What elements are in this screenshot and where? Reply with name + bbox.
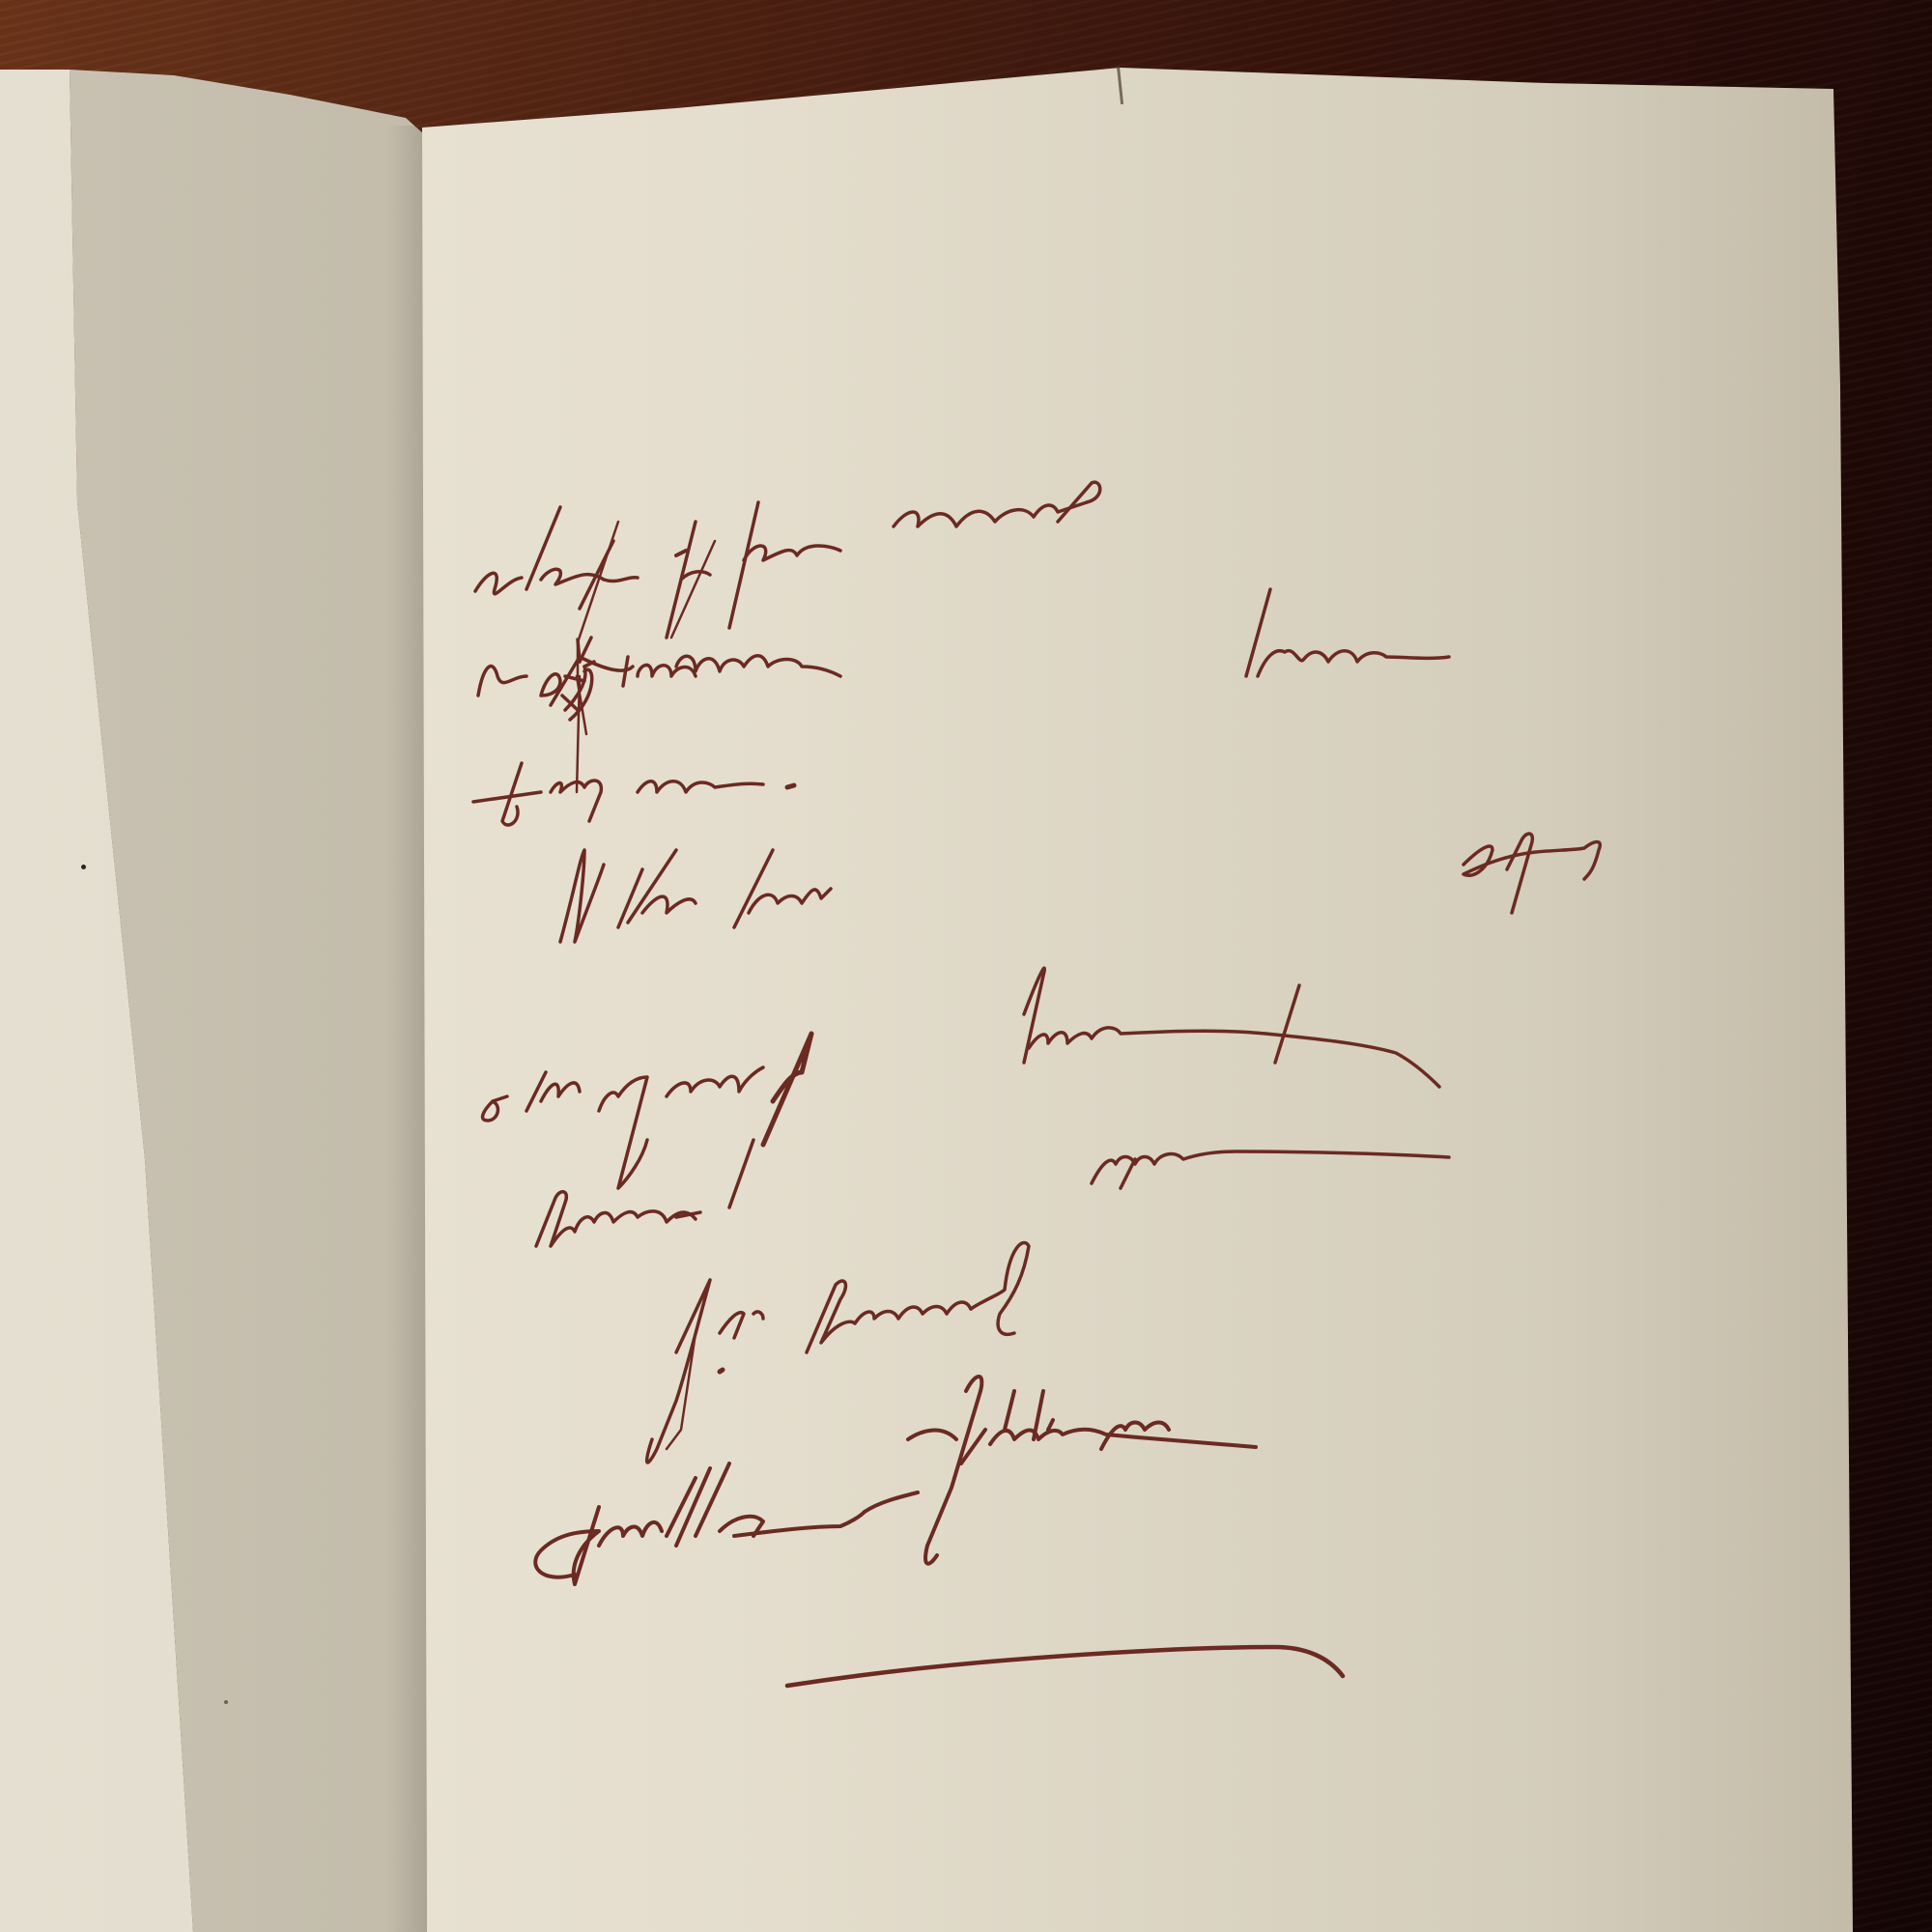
- ink-line-4: [560, 834, 1600, 942]
- ink-line-1: [475, 482, 1100, 638]
- handwriting-strokes: [0, 0, 1932, 1932]
- ink-line-7: [647, 1242, 1029, 1462]
- ink-flourish-underline: [787, 1647, 1343, 1686]
- ink-line-3: [473, 763, 794, 825]
- ink-line-6: [536, 1140, 1449, 1246]
- ink-line-8-signature: [535, 1377, 1256, 1584]
- ink-line-5: [483, 968, 1439, 1188]
- ink-line-2: [478, 522, 1449, 792]
